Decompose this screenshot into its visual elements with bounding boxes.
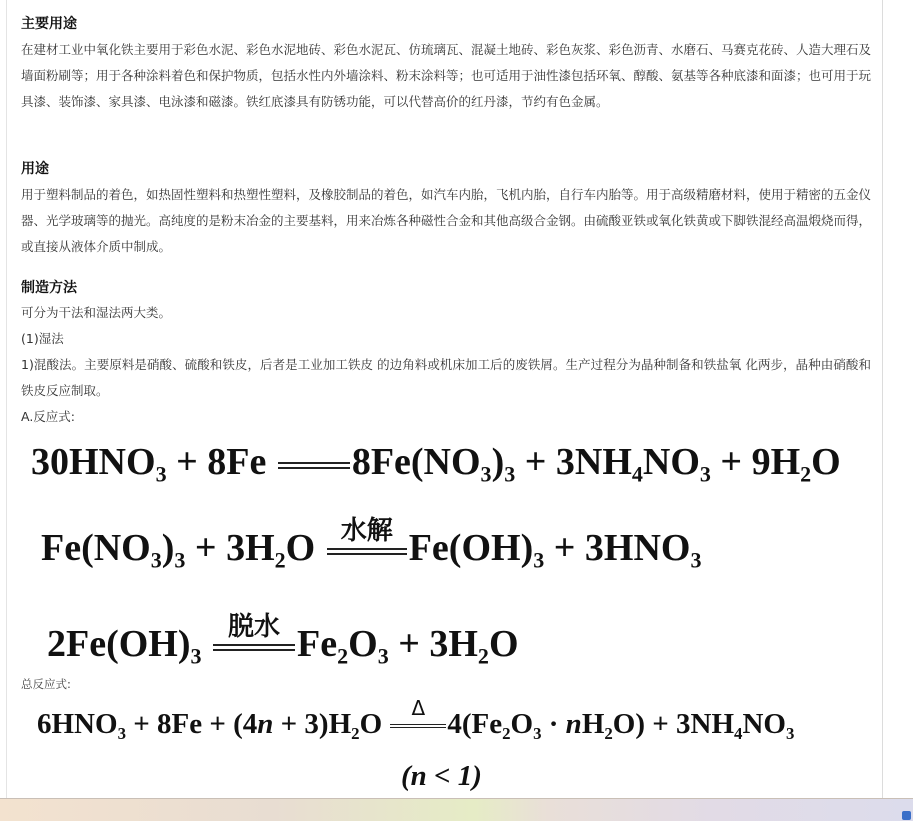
- condition-label: 脱水: [213, 606, 295, 643]
- manufacturing-intro: 可分为干法和湿法两大类。: [21, 304, 171, 322]
- tray-icon[interactable]: [902, 811, 911, 820]
- section-body-main-uses: 在建材工业中氧化铁主要用于彩色水泥、彩色水泥地砖、彩色水泥瓦、仿琉璃瓦、混凝土地…: [21, 37, 871, 115]
- section-heading-manufacturing: 制造方法: [21, 278, 77, 298]
- dehydration-arrow: 脱水: [213, 644, 295, 651]
- reaction-label: A.反应式:: [21, 408, 75, 426]
- equation-1: 30HNO3 + 8Fe 8Fe(NO3)3 + 3NH4NO3 + 9H2O: [31, 440, 841, 484]
- document-page: 主要用途 在建材工业中氧化铁主要用于彩色水泥、彩色水泥地砖、彩色水泥瓦、仿琉璃瓦…: [6, 0, 883, 798]
- overall-reaction-label: 总反应式:: [21, 676, 71, 692]
- taskbar: [0, 798, 913, 821]
- equation-overall: 6HNO3 + 8Fe + (4n + 3)H2O Δ4(Fe2O3 · nH2…: [37, 708, 794, 741]
- equation-2: Fe(NO3)3 + 3H2O 水解Fe(OH)3 + 3HNO3: [41, 526, 701, 570]
- manufacturing-mixed-acid: 1)混酸法。主要原料是硝酸、硫酸和铁皮，后者是工业加工铁皮 的边角料或机床加工后…: [21, 352, 871, 404]
- condition-label: 水解: [327, 510, 407, 547]
- section-heading-main-uses: 主要用途: [21, 14, 77, 34]
- heat-arrow: Δ: [390, 724, 446, 728]
- manufacturing-wet-method: (1)湿法: [21, 330, 64, 348]
- hydrolysis-arrow: 水解: [327, 548, 407, 555]
- section-heading-uses: 用途: [21, 159, 49, 179]
- section-body-uses: 用于塑料制品的着色，如热固性塑料和热塑性塑料，及橡胶制品的着色，如汽车内胎，飞机…: [21, 182, 871, 260]
- equation-constraint: (n < 1): [401, 760, 482, 793]
- equals-sign: [278, 462, 350, 469]
- equation-3: 2Fe(OH)3 脱水Fe2O3 + 3H2O: [47, 622, 519, 666]
- delta-condition: Δ: [390, 696, 446, 720]
